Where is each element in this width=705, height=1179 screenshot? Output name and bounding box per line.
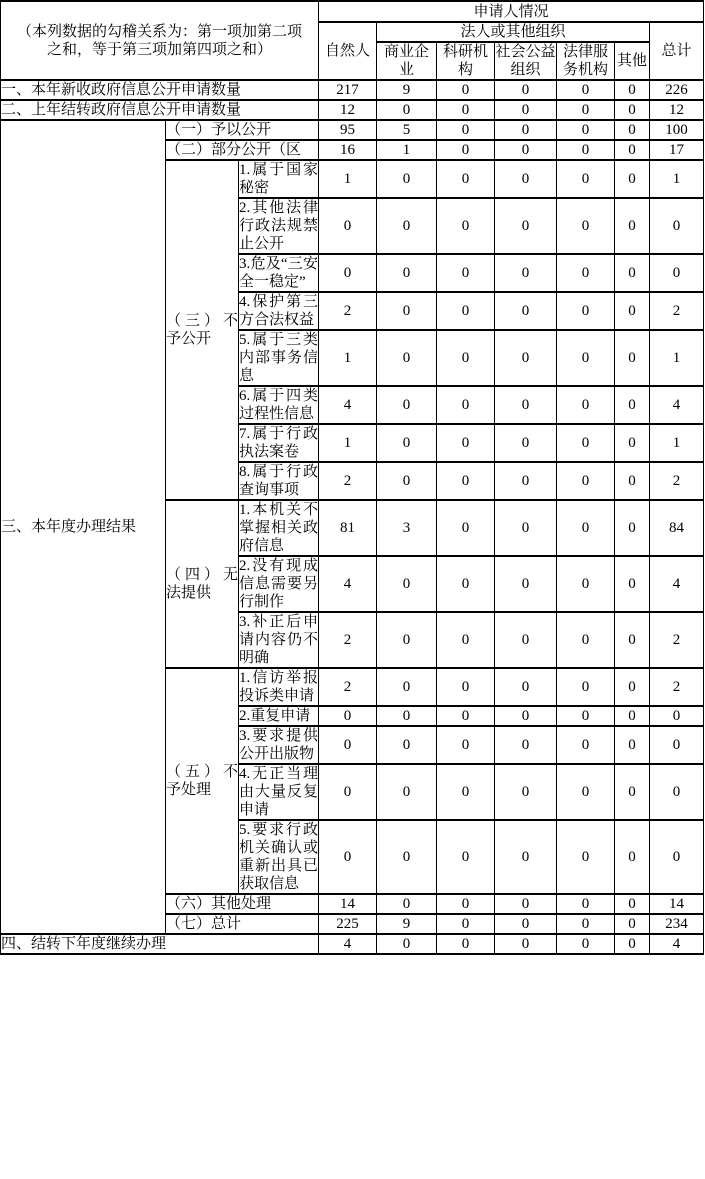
value-cell: 0 bbox=[377, 386, 437, 424]
value-cell: 0 bbox=[495, 254, 557, 292]
value-cell: 0 bbox=[495, 386, 557, 424]
row-label-denied-7: 7.属于行政执法案卷 bbox=[239, 424, 319, 462]
value-cell: 0 bbox=[377, 894, 437, 914]
reconciliation-note-line2: 之和，等于第三项加第四项之和） bbox=[1, 41, 318, 59]
row-label-granted: （一）予以公开 bbox=[166, 120, 319, 140]
value-cell: 0 bbox=[615, 820, 650, 894]
value-cell: 0 bbox=[495, 894, 557, 914]
value-cell: 84 bbox=[650, 500, 704, 556]
value-cell: 0 bbox=[377, 612, 437, 668]
row-label-notprocessed-5: 5.要求行政机关确认或重新出具已获取信息 bbox=[239, 820, 319, 894]
value-cell: 0 bbox=[377, 100, 437, 120]
value-cell: 81 bbox=[319, 500, 377, 556]
value-cell: 0 bbox=[557, 198, 615, 254]
header-col-other: 其他 bbox=[615, 42, 650, 80]
value-cell: 0 bbox=[377, 764, 437, 820]
header-col-research-institution: 科研机构 bbox=[437, 42, 495, 80]
value-cell: 0 bbox=[557, 386, 615, 424]
value-cell: 0 bbox=[377, 668, 437, 706]
value-cell: 0 bbox=[437, 612, 495, 668]
value-cell: 0 bbox=[557, 462, 615, 500]
section-not-processed: （五）不予处理 bbox=[166, 668, 239, 894]
value-cell: 0 bbox=[377, 556, 437, 612]
value-cell: 0 bbox=[437, 706, 495, 726]
value-cell: 0 bbox=[495, 820, 557, 894]
value-cell: 2 bbox=[319, 292, 377, 330]
row-label-unable-3: 3.补正后申请内容仍不明确 bbox=[239, 612, 319, 668]
value-cell: 0 bbox=[377, 198, 437, 254]
value-cell: 1 bbox=[319, 160, 377, 198]
value-cell: 0 bbox=[377, 462, 437, 500]
value-cell: 0 bbox=[437, 254, 495, 292]
value-cell: 0 bbox=[437, 914, 495, 934]
value-cell: 2 bbox=[319, 612, 377, 668]
table-row: （本列数据的勾稽关系为：第一项加第二项 之和，等于第三项加第四项之和） 申请人情… bbox=[1, 1, 704, 22]
row-label-other-handling: （六）其他处理 bbox=[166, 894, 319, 914]
value-cell: 0 bbox=[557, 934, 615, 954]
value-cell: 0 bbox=[615, 198, 650, 254]
header-total: 总计 bbox=[650, 22, 704, 80]
value-cell: 0 bbox=[377, 706, 437, 726]
value-cell: 1 bbox=[377, 140, 437, 160]
value-cell: 0 bbox=[615, 120, 650, 140]
value-cell: 0 bbox=[319, 764, 377, 820]
row-label-denied-4: 4.保护第三方合法权益 bbox=[239, 292, 319, 330]
value-cell: 0 bbox=[615, 100, 650, 120]
value-cell: 0 bbox=[615, 726, 650, 764]
value-cell: 0 bbox=[650, 820, 704, 894]
value-cell: 0 bbox=[437, 140, 495, 160]
value-cell: 0 bbox=[319, 254, 377, 292]
value-cell: 0 bbox=[615, 140, 650, 160]
value-cell: 0 bbox=[437, 100, 495, 120]
value-cell: 0 bbox=[437, 820, 495, 894]
value-cell: 0 bbox=[615, 462, 650, 500]
value-cell: 0 bbox=[319, 820, 377, 894]
value-cell: 0 bbox=[437, 292, 495, 330]
value-cell: 0 bbox=[319, 198, 377, 254]
value-cell: 0 bbox=[437, 462, 495, 500]
value-cell: 0 bbox=[377, 292, 437, 330]
value-cell: 0 bbox=[495, 330, 557, 386]
value-cell: 0 bbox=[437, 934, 495, 954]
value-cell: 2 bbox=[319, 668, 377, 706]
value-cell: 0 bbox=[437, 80, 495, 100]
row-label-carried-over: 二、上年结转政府信息公开申请数量 bbox=[1, 100, 319, 120]
header-legal-org: 法人或其他组织 bbox=[377, 22, 650, 42]
value-cell: 14 bbox=[650, 894, 704, 914]
value-cell: 0 bbox=[557, 894, 615, 914]
value-cell: 0 bbox=[495, 424, 557, 462]
value-cell: 0 bbox=[495, 198, 557, 254]
value-cell: 225 bbox=[319, 914, 377, 934]
value-cell: 0 bbox=[615, 160, 650, 198]
value-cell: 0 bbox=[495, 120, 557, 140]
value-cell: 95 bbox=[319, 120, 377, 140]
section-unable-to-provide: （四）无法提供 bbox=[166, 500, 239, 668]
value-cell: 0 bbox=[557, 556, 615, 612]
row-label-denied-8: 8.属于行政查询事项 bbox=[239, 462, 319, 500]
header-col-legal-service-org: 法律服务机构 bbox=[557, 42, 615, 80]
value-cell: 9 bbox=[377, 80, 437, 100]
row-label-notprocessed-1: 1.信访举报投诉类申请 bbox=[239, 668, 319, 706]
value-cell: 0 bbox=[615, 934, 650, 954]
value-cell: 0 bbox=[319, 726, 377, 764]
value-cell: 234 bbox=[650, 914, 704, 934]
value-cell: 0 bbox=[557, 330, 615, 386]
row-label-unable-2: 2.没有现成信息需要另行制作 bbox=[239, 556, 319, 612]
row-label-denied-6: 6.属于四类过程性信息 bbox=[239, 386, 319, 424]
value-cell: 0 bbox=[377, 934, 437, 954]
value-cell: 0 bbox=[437, 764, 495, 820]
value-cell: 2 bbox=[650, 612, 704, 668]
value-cell: 0 bbox=[495, 914, 557, 934]
value-cell: 0 bbox=[437, 500, 495, 556]
value-cell: 2 bbox=[319, 462, 377, 500]
value-cell: 0 bbox=[495, 140, 557, 160]
value-cell: 0 bbox=[495, 500, 557, 556]
value-cell: 4 bbox=[650, 386, 704, 424]
row-label-denied-3: 3.危及“三安全一稳定” bbox=[239, 254, 319, 292]
value-cell: 0 bbox=[557, 726, 615, 764]
value-cell: 0 bbox=[615, 330, 650, 386]
row-label-denied-5: 5.属于三类内部事务信息 bbox=[239, 330, 319, 386]
value-cell: 0 bbox=[557, 120, 615, 140]
value-cell: 0 bbox=[615, 424, 650, 462]
table-row: 二、上年结转政府信息公开申请数量 12 0 0 0 0 0 12 bbox=[1, 100, 704, 120]
value-cell: 1 bbox=[319, 330, 377, 386]
value-cell: 5 bbox=[377, 120, 437, 140]
value-cell: 1 bbox=[650, 424, 704, 462]
value-cell: 2 bbox=[650, 668, 704, 706]
row-label-notprocessed-4: 4.无正当理由大量反复申请 bbox=[239, 764, 319, 820]
value-cell: 0 bbox=[377, 424, 437, 462]
section-current-year-results: 三、本年度办理结果 bbox=[1, 120, 166, 934]
value-cell: 2 bbox=[650, 462, 704, 500]
value-cell: 0 bbox=[319, 706, 377, 726]
table-row: 三、本年度办理结果 （一）予以公开 95 5 0 0 0 0 100 bbox=[1, 120, 704, 140]
value-cell: 14 bbox=[319, 894, 377, 914]
header-natural-person: 自然人 bbox=[319, 22, 377, 80]
value-cell: 0 bbox=[495, 556, 557, 612]
value-cell: 0 bbox=[495, 292, 557, 330]
row-label-denied-1: 1.属于国家秘密 bbox=[239, 160, 319, 198]
value-cell: 0 bbox=[495, 706, 557, 726]
header-col-public-welfare-org: 社会公益组织 bbox=[495, 42, 557, 80]
value-cell: 0 bbox=[615, 292, 650, 330]
row-label-notprocessed-2: 2.重复申请 bbox=[239, 706, 319, 726]
value-cell: 0 bbox=[377, 820, 437, 894]
value-cell: 17 bbox=[650, 140, 704, 160]
disclosure-statistics-table: （本列数据的勾稽关系为：第一项加第二项 之和，等于第三项加第四项之和） 申请人情… bbox=[0, 0, 704, 955]
value-cell: 16 bbox=[319, 140, 377, 160]
value-cell: 0 bbox=[557, 764, 615, 820]
value-cell: 9 bbox=[377, 914, 437, 934]
value-cell: 0 bbox=[437, 894, 495, 914]
value-cell: 0 bbox=[557, 500, 615, 556]
value-cell: 0 bbox=[495, 934, 557, 954]
value-cell: 12 bbox=[650, 100, 704, 120]
value-cell: 4 bbox=[319, 934, 377, 954]
value-cell: 4 bbox=[650, 934, 704, 954]
row-label-subtotal: （七）总计 bbox=[166, 914, 319, 934]
value-cell: 226 bbox=[650, 80, 704, 100]
value-cell: 0 bbox=[495, 80, 557, 100]
value-cell: 4 bbox=[650, 556, 704, 612]
value-cell: 0 bbox=[615, 80, 650, 100]
row-label-unable-1: 1.本机关不掌握相关政府信息 bbox=[239, 500, 319, 556]
value-cell: 0 bbox=[377, 330, 437, 386]
value-cell: 0 bbox=[557, 612, 615, 668]
value-cell: 0 bbox=[615, 914, 650, 934]
value-cell: 0 bbox=[557, 140, 615, 160]
header-col-commercial-enterprise: 商业企业 bbox=[377, 42, 437, 80]
value-cell: 0 bbox=[495, 726, 557, 764]
value-cell: 1 bbox=[650, 330, 704, 386]
value-cell: 0 bbox=[615, 706, 650, 726]
value-cell: 0 bbox=[615, 612, 650, 668]
value-cell: 1 bbox=[650, 160, 704, 198]
value-cell: 0 bbox=[495, 612, 557, 668]
value-cell: 0 bbox=[557, 914, 615, 934]
value-cell: 4 bbox=[319, 556, 377, 612]
value-cell: 0 bbox=[437, 424, 495, 462]
value-cell: 0 bbox=[650, 254, 704, 292]
value-cell: 12 bbox=[319, 100, 377, 120]
value-cell: 0 bbox=[557, 254, 615, 292]
value-cell: 0 bbox=[557, 100, 615, 120]
value-cell: 0 bbox=[557, 80, 615, 100]
row-label-notprocessed-3: 3.要求提供公开出版物 bbox=[239, 726, 319, 764]
row-label-partial: （二）部分公开（区 bbox=[166, 140, 319, 160]
value-cell: 0 bbox=[495, 764, 557, 820]
value-cell: 0 bbox=[615, 668, 650, 706]
value-cell: 0 bbox=[557, 706, 615, 726]
value-cell: 0 bbox=[557, 292, 615, 330]
value-cell: 0 bbox=[437, 386, 495, 424]
value-cell: 0 bbox=[557, 668, 615, 706]
value-cell: 0 bbox=[495, 668, 557, 706]
value-cell: 0 bbox=[437, 726, 495, 764]
value-cell: 0 bbox=[615, 386, 650, 424]
value-cell: 0 bbox=[437, 330, 495, 386]
value-cell: 0 bbox=[437, 198, 495, 254]
value-cell: 0 bbox=[650, 706, 704, 726]
value-cell: 0 bbox=[437, 556, 495, 612]
value-cell: 1 bbox=[319, 424, 377, 462]
value-cell: 0 bbox=[495, 100, 557, 120]
header-applicant-situation: 申请人情况 bbox=[319, 1, 704, 22]
value-cell: 0 bbox=[377, 254, 437, 292]
value-cell: 0 bbox=[650, 198, 704, 254]
value-cell: 0 bbox=[437, 668, 495, 706]
row-label-new-received: 一、本年新收政府信息公开申请数量 bbox=[1, 80, 319, 100]
value-cell: 2 bbox=[650, 292, 704, 330]
value-cell: 0 bbox=[557, 424, 615, 462]
section-denied: （三）不予公开 bbox=[166, 160, 239, 500]
value-cell: 0 bbox=[377, 726, 437, 764]
value-cell: 217 bbox=[319, 80, 377, 100]
value-cell: 0 bbox=[650, 726, 704, 764]
value-cell: 0 bbox=[437, 160, 495, 198]
value-cell: 4 bbox=[319, 386, 377, 424]
value-cell: 0 bbox=[495, 160, 557, 198]
value-cell: 0 bbox=[615, 254, 650, 292]
value-cell: 0 bbox=[615, 894, 650, 914]
value-cell: 100 bbox=[650, 120, 704, 140]
value-cell: 0 bbox=[557, 820, 615, 894]
reconciliation-note: （本列数据的勾稽关系为：第一项加第二项 之和，等于第三项加第四项之和） bbox=[1, 1, 319, 80]
table-row: 四、结转下年度继续办理 4 0 0 0 0 0 4 bbox=[1, 934, 704, 954]
value-cell: 0 bbox=[650, 764, 704, 820]
row-label-carry-next-year: 四、结转下年度继续办理 bbox=[1, 934, 319, 954]
reconciliation-note-line1: （本列数据的勾稽关系为：第一项加第二项 bbox=[1, 23, 318, 41]
value-cell: 0 bbox=[615, 764, 650, 820]
table-row: 一、本年新收政府信息公开申请数量 217 9 0 0 0 0 226 bbox=[1, 80, 704, 100]
value-cell: 3 bbox=[377, 500, 437, 556]
row-label-denied-2: 2.其他法律行政法规禁止公开 bbox=[239, 198, 319, 254]
value-cell: 0 bbox=[557, 160, 615, 198]
value-cell: 0 bbox=[437, 120, 495, 140]
value-cell: 0 bbox=[377, 160, 437, 198]
value-cell: 0 bbox=[615, 500, 650, 556]
value-cell: 0 bbox=[615, 556, 650, 612]
value-cell: 0 bbox=[495, 462, 557, 500]
